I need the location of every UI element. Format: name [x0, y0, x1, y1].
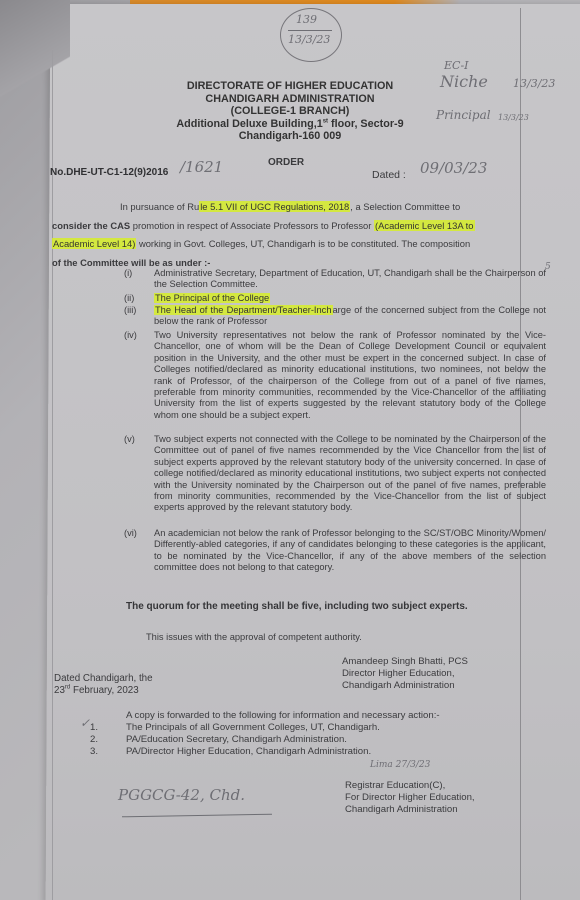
dated-label: Dated :: [372, 170, 406, 181]
hw-note-principal: Principal: [436, 110, 491, 121]
registrar-line-1: Registrar Education(C),: [345, 780, 475, 792]
registrar-signature: Lima 27/3/23: [370, 760, 430, 771]
hw-note-name: Niche: [440, 76, 488, 87]
highlight-hod: The Head of the Department/Teacher-Inch: [154, 305, 333, 315]
receipt-number: 139: [296, 14, 317, 25]
approval-statement: This issues with the approval of compete…: [146, 632, 362, 643]
letterhead-line-3: (COLLEGE-1 BRANCH): [160, 105, 420, 118]
copy-forwarded-intro: A copy is forwarded to the following for…: [126, 710, 440, 722]
intro-paragraph: In pursuance of Rule 5.1 VII of UGC Regu…: [52, 198, 539, 272]
hw-college-code-underline: [122, 814, 272, 818]
checkmark-icon: ✓: [80, 718, 90, 729]
intro-line-2: consider the CAS promotion in respect of…: [52, 217, 539, 236]
margin-mark: 5: [545, 262, 551, 273]
signatory-title: Director Higher Education,: [342, 668, 468, 680]
order-number-handwritten: /1621: [180, 162, 223, 173]
order-title: ORDER: [268, 157, 304, 168]
quorum-statement: The quorum for the meeting shall be five…: [126, 601, 468, 612]
signatory-name: Amandeep Singh Bhatti, PCS: [342, 656, 468, 668]
letterhead-line-2: CHANDIGARH ADMINISTRATION: [160, 93, 420, 106]
dated-value-handwritten: 09/03/23: [420, 163, 487, 174]
dated-place-block: Dated Chandigarh, the 23rd February, 202…: [54, 673, 153, 698]
receipt-date: 13/3/23: [288, 34, 330, 45]
registrar-line-2: For Director Higher Education,: [345, 792, 475, 804]
order-number: No.DHE-UT-C1-12(9)2016: [50, 167, 168, 178]
hw-note-principal-date: 13/3/23: [498, 112, 529, 123]
order-document: 139 13/3/23 EC-I Niche 13/3/23 Principal…: [0, 0, 580, 900]
hw-note-ec: EC-I: [444, 60, 469, 71]
highlight-rule: le 5.1 VII of UGC Regulations, 2018: [199, 201, 350, 212]
hw-note-sign-date: 13/3/23: [513, 78, 555, 89]
intro-line-3: Academic Level 14) working in Govt. Coll…: [52, 235, 539, 254]
highlight-level-from: (Academic Level 13A to: [374, 220, 475, 231]
letterhead-line-4: Additional Deluxe Building,1st floor, Se…: [160, 118, 420, 131]
receipt-divider: [288, 30, 332, 31]
dated-place-line: Dated Chandigarh, the: [54, 673, 153, 685]
highlight-principal: The Principal of the College: [154, 293, 270, 303]
signatory-block: Amandeep Singh Bhatti, PCS Director High…: [342, 656, 468, 693]
intro-line-1: In pursuance of Rule 5.1 VII of UGC Regu…: [52, 198, 539, 217]
highlight-level-to: Academic Level 14): [52, 238, 136, 249]
hw-college-code: PGGCG-42, Chd.: [118, 790, 245, 801]
letterhead: DIRECTORATE OF HIGHER EDUCATION CHANDIGA…: [160, 80, 420, 143]
registrar-block: Registrar Education(C), For Director Hig…: [345, 780, 475, 817]
letterhead-line-1: DIRECTORATE OF HIGHER EDUCATION: [160, 80, 420, 93]
signatory-org: Chandigarh Administration: [342, 680, 468, 692]
dated-place-date: 23rd February, 2023: [54, 685, 153, 697]
letterhead-line-5: Chandigarh-160 009: [160, 130, 420, 143]
registrar-line-3: Chandigarh Administration: [345, 804, 475, 816]
